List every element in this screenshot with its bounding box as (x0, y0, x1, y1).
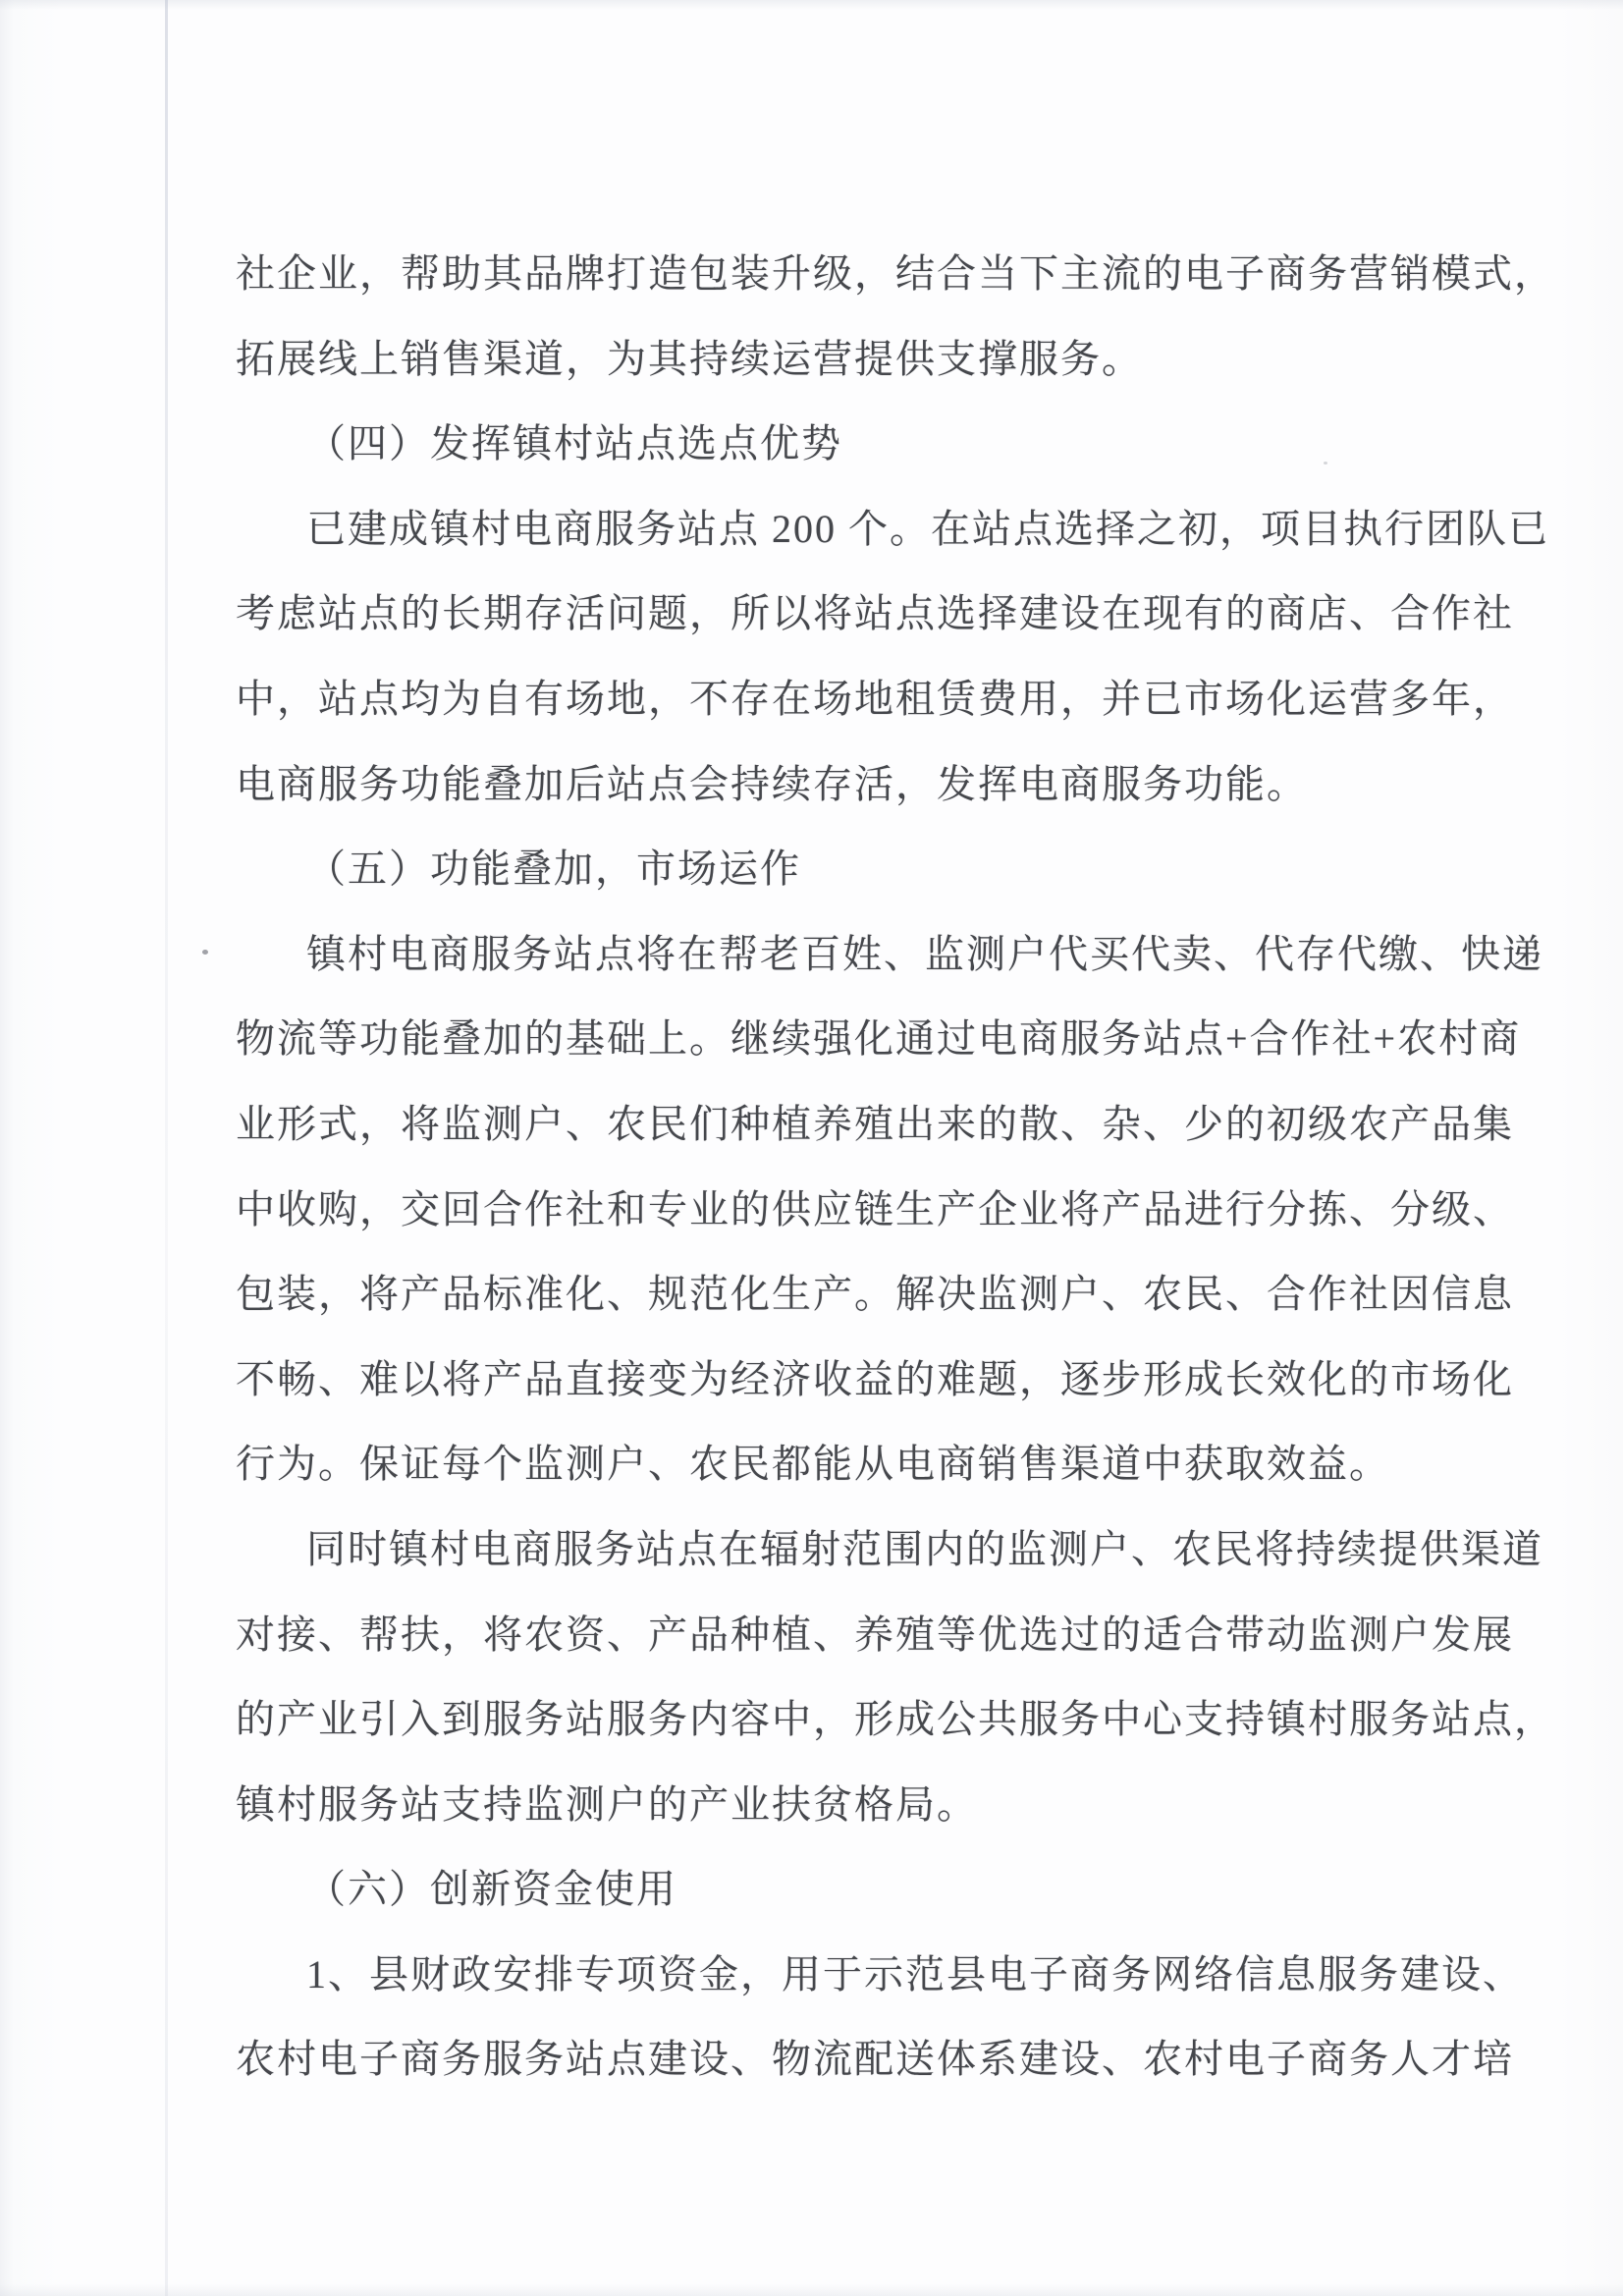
document-page: 社企业，帮助其品牌打造包装升级，结合当下主流的电子商务营销模式， 拓展线上销售渠… (0, 0, 1623, 2296)
heading-section-5: （五）功能叠加，市场运作 (236, 827, 1542, 912)
text-line: 包装，将产品标准化、规范化生产。解决监测户、农民、合作社因信息 (236, 1252, 1542, 1338)
text-line: 对接、帮扶，将农资、产品种植、养殖等优选过的适合带动监测户发展 (236, 1593, 1542, 1678)
text-line: 物流等功能叠加的基础上。继续强化通过电商服务站点+合作社+农村商 (236, 997, 1542, 1082)
text-line: 中收购，交回合作社和专业的供应链生产企业将产品进行分拣、分级、 (236, 1168, 1542, 1253)
text-line: 业形式，将监测户、农民们种植养殖出来的散、杂、少的初级农产品集 (236, 1082, 1542, 1168)
text-line: 电商服务功能叠加后站点会持续存活，发挥电商服务功能。 (236, 742, 1542, 828)
heading-section-6: （六）创新资金使用 (236, 1847, 1542, 1933)
paragraph-start: 镇村电商服务站点将在帮老百姓、监测户代买代卖、代存代缴、快递 (236, 912, 1542, 998)
scan-speck-artifact (202, 950, 208, 955)
paragraph-start: 1、县财政安排专项资金，用于示范县电子商务网络信息服务建设、 (236, 1933, 1542, 2018)
paragraph-start: 同时镇村电商服务站点在辐射范围内的监测户、农民将持续提供渠道 (236, 1507, 1542, 1593)
text-line: 中，站点均为自有场地，不存在场地租赁费用，并已市场化运营多年， (236, 657, 1542, 742)
text-line: 考虑站点的长期存活问题，所以将站点选择建设在现有的商店、合作社 (236, 572, 1542, 657)
text-line: 社企业，帮助其品牌打造包装升级，结合当下主流的电子商务营销模式， (236, 232, 1542, 317)
text-line: 拓展线上销售渠道，为其持续运营提供支撑服务。 (236, 317, 1542, 403)
body-text-block: 社企业，帮助其品牌打造包装升级，结合当下主流的电子商务营销模式， 拓展线上销售渠… (236, 232, 1542, 2103)
text-line: 农村电子商务服务站点建设、物流配送体系建设、农村电子商务人才培 (236, 2017, 1542, 2103)
paragraph-start: 已建成镇村电商服务站点 200 个。在站点选择之初，项目执行团队已 (236, 487, 1542, 573)
text-line: 不畅、难以将产品直接变为经济收益的难题，逐步形成长效化的市场化 (236, 1338, 1542, 1423)
text-line: 行为。保证每个监测户、农民都能从电商销售渠道中获取效益。 (236, 1422, 1542, 1507)
scan-crease-artifact (165, 0, 168, 2296)
text-line: 的产业引入到服务站服务内容中，形成公共服务中心支持镇村服务站点， (236, 1677, 1542, 1763)
text-line: 镇村服务站支持监测户的产业扶贫格局。 (236, 1763, 1542, 1848)
heading-section-4: （四）发挥镇村站点选点优势 (236, 402, 1542, 487)
